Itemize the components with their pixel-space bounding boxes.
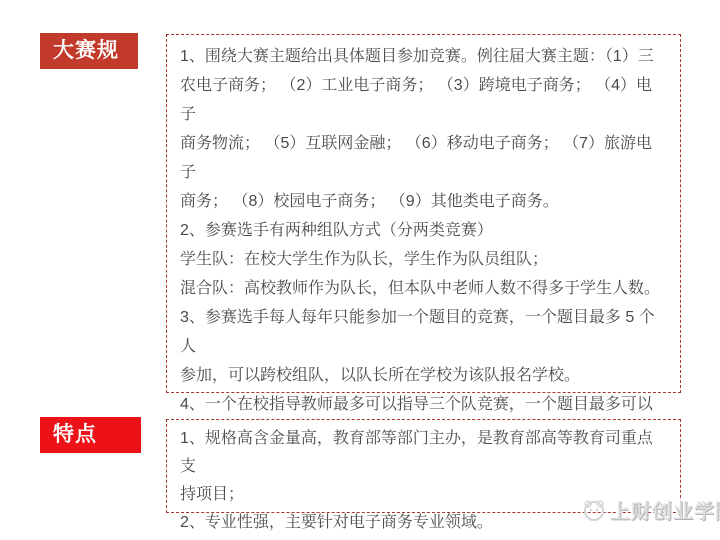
slide: 大赛规则 1、围绕大赛主题给出具体题目参加竞赛。例往届大赛主题：（1）三 农电子… xyxy=(0,0,720,540)
watermark: 上财创业学院 xyxy=(581,495,720,524)
watermark-text: 上财创业学院 xyxy=(610,495,720,524)
features-label: 特点 xyxy=(40,417,141,453)
rules-content-box: 1、围绕大赛主题给出具体题目参加竞赛。例往届大赛主题：（1）三 农电子商务； （… xyxy=(166,34,681,393)
logo-icon xyxy=(581,497,607,523)
rules-label: 大赛规则 xyxy=(40,33,138,69)
